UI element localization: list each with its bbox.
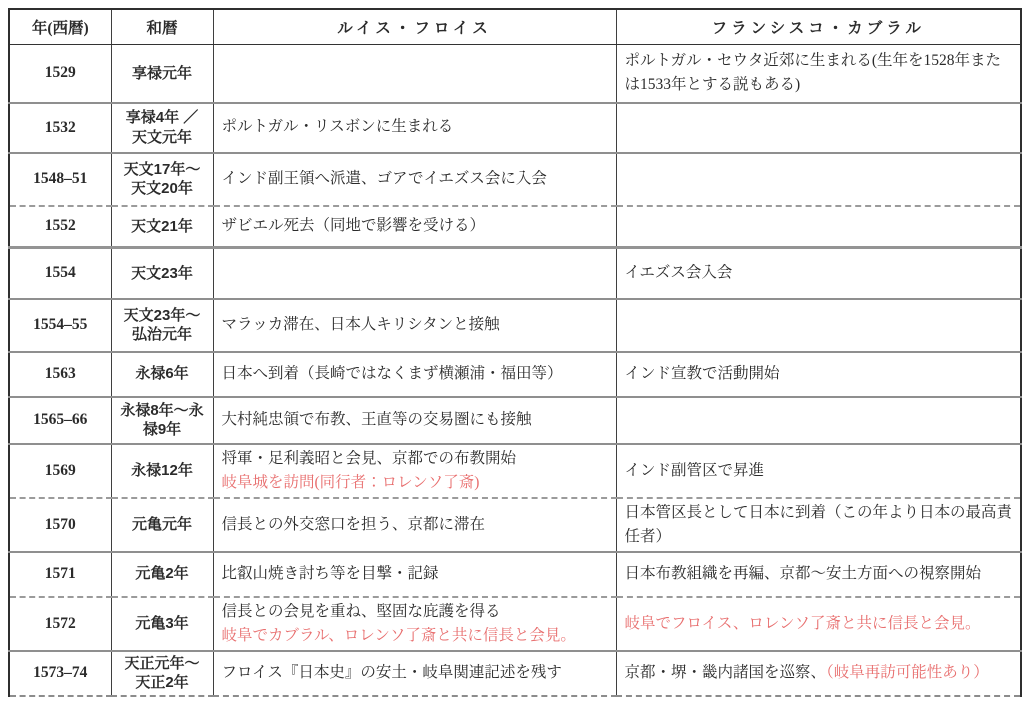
event-line: 日本布教組織を再編、京都～安土方面への視察開始	[625, 562, 1013, 586]
frois-cell	[213, 248, 616, 299]
year-cell: 1529	[9, 45, 111, 103]
wareki-text: 永禄6年	[135, 365, 188, 382]
event-line: マラッカ滞在、日本人キリシタンと接触	[222, 313, 608, 337]
cabral-cell: 岐阜でフロイス、ロレンソ了斎と共に信長と会見。	[616, 597, 1021, 651]
event-text: 信長との外交窓口を担う、京都に滞在	[222, 516, 486, 533]
event-text: マラッカ滞在、日本人キリシタンと接触	[222, 316, 500, 333]
wareki-text: 禄9年	[143, 421, 181, 438]
wareki-cell: 天文23年	[111, 248, 213, 299]
event-text: 京都・堺・畿内諸国を巡察、	[625, 664, 827, 681]
wareki-text: 天正元年～	[124, 655, 199, 672]
wareki-text: 享禄元年	[132, 65, 192, 82]
cabral-cell: ポルトガル・セウタ近郊に生まれる(生年を1528年または1533年とする説もある…	[616, 45, 1021, 103]
event-text: 日本布教組織を再編、京都～安土方面への視察開始	[625, 565, 982, 582]
header-year: 年(西暦)	[9, 9, 111, 45]
year-cell: 1565–66	[9, 397, 111, 444]
cabral-cell: 日本管区長として日本に到着（この年より日本の最高責任者）	[616, 498, 1021, 552]
wareki-cell: 元亀3年	[111, 597, 213, 651]
frois-cell: ザビエル死去（同地で影響を受ける）	[213, 206, 616, 248]
event-line: フロイス『日本史』の安土・岐阜関連記述を残す	[222, 661, 608, 685]
table-row: 1571元亀2年比叡山焼き討ち等を目撃・記録日本布教組織を再編、京都～安土方面へ…	[9, 552, 1021, 597]
event-text-red: 岐阜でカブラル、ロレンソ了斎と共に信長と会見。	[222, 627, 576, 644]
year-cell: 1563	[9, 352, 111, 397]
event-text: ポルトガル・セウタ近郊に生まれる(生年を1528年または1533年とする説もある…	[625, 52, 1002, 93]
cabral-cell	[616, 397, 1021, 444]
event-line: 日本へ到着（長崎ではなくまず横瀬浦・福田等）	[222, 362, 608, 386]
wareki-cell: 享禄元年	[111, 45, 213, 103]
wareki-text: 永禄8年～永	[120, 402, 203, 419]
wareki-cell: 永禄12年	[111, 444, 213, 498]
year-cell: 1570	[9, 498, 111, 552]
year-cell: 1572	[9, 597, 111, 651]
event-line: 京都・堺・畿内諸国を巡察、（岐阜再訪可能性あり）	[625, 661, 1013, 685]
cabral-cell: インド副管区で昇進	[616, 444, 1021, 498]
wareki-text: 弘治元年	[132, 326, 192, 343]
event-text: イエズス会入会	[625, 264, 733, 281]
event-line: 岐阜城を訪問(同行者：ロレンソ了斎)	[222, 471, 608, 495]
event-line: ポルトガル・リスボンに生まれる	[222, 115, 608, 139]
event-line: 信長との外交窓口を担う、京都に滞在	[222, 513, 608, 537]
frois-cell: 大村純忠領で布教、王直等の交易圏にも接触	[213, 397, 616, 444]
year-cell: 1554–55	[9, 299, 111, 352]
frois-cell	[213, 45, 616, 103]
wareki-cell: 永禄8年～永禄9年	[111, 397, 213, 444]
event-text: 日本管区長として日本に到着（この年より日本の最高責任者）	[625, 504, 1013, 545]
frois-cell: 比叡山焼き討ち等を目撃・記録	[213, 552, 616, 597]
wareki-text: 天文21年	[131, 218, 193, 235]
event-line: ポルトガル・セウタ近郊に生まれる(生年を1528年または1533年とする説もある…	[625, 49, 1013, 97]
wareki-text: 天文20年	[131, 180, 193, 197]
table-row: 1532享禄4年 ／天文元年ポルトガル・リスボンに生まれる	[9, 103, 1021, 153]
frois-cell: ポルトガル・リスボンに生まれる	[213, 103, 616, 153]
event-text: ポルトガル・リスボンに生まれる	[222, 118, 454, 135]
wareki-text: 享禄4年 ／	[126, 109, 199, 126]
event-line: インド副王領へ派遣、ゴアでイエズス会に入会	[222, 167, 608, 191]
wareki-cell: 享禄4年 ／天文元年	[111, 103, 213, 153]
cabral-cell	[616, 299, 1021, 352]
event-text: 将軍・足利義昭と会見、京都での布教開始	[222, 450, 517, 467]
event-line: ザビエル死去（同地で影響を受ける）	[222, 214, 608, 238]
header-cabral: フランシスコ・カブラル	[616, 9, 1021, 45]
frois-cell: フロイス『日本史』の安土・岐阜関連記述を残す	[213, 651, 616, 696]
event-line: 岐阜でカブラル、ロレンソ了斎と共に信長と会見。	[222, 624, 608, 648]
event-text: 日本へ到着（長崎ではなくまず横瀬浦・福田等）	[222, 365, 563, 382]
wareki-cell: 元亀元年	[111, 498, 213, 552]
timeline-table-container: 年(西暦) 和暦 ルイス・フロイス フランシスコ・カブラル 1529享禄元年ポル…	[8, 8, 1022, 697]
cabral-cell: インド宣教で活動開始	[616, 352, 1021, 397]
table-row: 1572元亀3年信長との会見を重ね、堅固な庇護を得る岐阜でカブラル、ロレンソ了斎…	[9, 597, 1021, 651]
cabral-cell: イエズス会入会	[616, 248, 1021, 299]
cabral-cell: 日本布教組織を再編、京都～安土方面への視察開始	[616, 552, 1021, 597]
table-row: 1552天文21年ザビエル死去（同地で影響を受ける）	[9, 206, 1021, 248]
table-row: 1554–55天文23年～弘治元年マラッカ滞在、日本人キリシタンと接触	[9, 299, 1021, 352]
header-row: 年(西暦) 和暦 ルイス・フロイス フランシスコ・カブラル	[9, 9, 1021, 45]
table-row: 1554天文23年イエズス会入会	[9, 248, 1021, 299]
table-row: 1548–51天文17年～天文20年インド副王領へ派遣、ゴアでイエズス会に入会	[9, 153, 1021, 206]
timeline-table: 年(西暦) 和暦 ルイス・フロイス フランシスコ・カブラル 1529享禄元年ポル…	[8, 8, 1022, 697]
frois-cell: インド副王領へ派遣、ゴアでイエズス会に入会	[213, 153, 616, 206]
event-text: 大村純忠領で布教、王直等の交易圏にも接触	[222, 411, 532, 428]
wareki-text: 天文元年	[132, 129, 192, 146]
event-text-red: 岐阜城を訪問(同行者：ロレンソ了斎)	[222, 474, 480, 491]
wareki-text: 天正2年	[135, 674, 188, 691]
frois-cell: 将軍・足利義昭と会見、京都での布教開始岐阜城を訪問(同行者：ロレンソ了斎)	[213, 444, 616, 498]
year-cell: 1532	[9, 103, 111, 153]
table-row: 1570元亀元年信長との外交窓口を担う、京都に滞在日本管区長として日本に到着（こ…	[9, 498, 1021, 552]
year-cell: 1552	[9, 206, 111, 248]
timeline-table-body: 1529享禄元年ポルトガル・セウタ近郊に生まれる(生年を1528年または1533…	[9, 45, 1021, 696]
wareki-cell: 天文23年～弘治元年	[111, 299, 213, 352]
event-line: 信長との会見を重ね、堅固な庇護を得る	[222, 600, 608, 624]
wareki-cell: 天正元年～天正2年	[111, 651, 213, 696]
cabral-cell	[616, 206, 1021, 248]
wareki-cell: 永禄6年	[111, 352, 213, 397]
table-row: 1565–66永禄8年～永禄9年大村純忠領で布教、王直等の交易圏にも接触	[9, 397, 1021, 444]
table-row: 1529享禄元年ポルトガル・セウタ近郊に生まれる(生年を1528年または1533…	[9, 45, 1021, 103]
cabral-cell	[616, 153, 1021, 206]
event-text: 信長との会見を重ね、堅固な庇護を得る	[222, 603, 501, 620]
wareki-cell: 天文21年	[111, 206, 213, 248]
table-row: 1563永禄6年日本へ到着（長崎ではなくまず横瀬浦・福田等）インド宣教で活動開始	[9, 352, 1021, 397]
event-line: 大村純忠領で布教、王直等の交易圏にも接触	[222, 408, 608, 432]
year-cell: 1569	[9, 444, 111, 498]
wareki-cell: 元亀2年	[111, 552, 213, 597]
event-line: インド宣教で活動開始	[625, 362, 1013, 386]
header-frois: ルイス・フロイス	[213, 9, 616, 45]
wareki-text: 天文23年	[131, 265, 193, 282]
event-line: 将軍・足利義昭と会見、京都での布教開始	[222, 447, 608, 471]
year-cell: 1548–51	[9, 153, 111, 206]
event-line: 日本管区長として日本に到着（この年より日本の最高責任者）	[625, 501, 1013, 549]
wareki-text: 永禄12年	[131, 462, 193, 479]
event-text: フロイス『日本史』の安土・岐阜関連記述を残す	[222, 664, 562, 681]
event-line: 岐阜でフロイス、ロレンソ了斎と共に信長と会見。	[625, 612, 1013, 636]
year-cell: 1554	[9, 248, 111, 299]
wareki-text: 天文23年～	[124, 307, 201, 324]
table-row: 1573–74天正元年～天正2年フロイス『日本史』の安土・岐阜関連記述を残す京都…	[9, 651, 1021, 696]
event-text-red: 岐阜でフロイス、ロレンソ了斎と共に信長と会見。	[625, 615, 981, 632]
event-line: イエズス会入会	[625, 261, 1013, 285]
event-text: インド副王領へ派遣、ゴアでイエズス会に入会	[222, 170, 547, 187]
wareki-text: 元亀元年	[132, 516, 192, 533]
cabral-cell: 京都・堺・畿内諸国を巡察、（岐阜再訪可能性あり）	[616, 651, 1021, 696]
event-text: 比叡山焼き討ち等を目撃・記録	[222, 565, 439, 582]
event-text: インド副管区で昇進	[625, 462, 765, 479]
wareki-cell: 天文17年～天文20年	[111, 153, 213, 206]
frois-cell: 信長との会見を重ね、堅固な庇護を得る岐阜でカブラル、ロレンソ了斎と共に信長と会見…	[213, 597, 616, 651]
year-cell: 1571	[9, 552, 111, 597]
event-line: インド副管区で昇進	[625, 459, 1013, 483]
wareki-text: 天文17年～	[124, 161, 201, 178]
frois-cell: マラッカ滞在、日本人キリシタンと接触	[213, 299, 616, 352]
event-text: ザビエル死去（同地で影響を受ける）	[222, 217, 486, 234]
cabral-cell	[616, 103, 1021, 153]
event-line: 比叡山焼き討ち等を目撃・記録	[222, 562, 608, 586]
frois-cell: 日本へ到着（長崎ではなくまず横瀬浦・福田等）	[213, 352, 616, 397]
wareki-text: 元亀2年	[135, 565, 188, 582]
table-row: 1569永禄12年将軍・足利義昭と会見、京都での布教開始岐阜城を訪問(同行者：ロ…	[9, 444, 1021, 498]
event-text: インド宣教で活動開始	[625, 365, 780, 382]
event-text-red: （岐阜再訪可能性あり）	[826, 664, 989, 681]
year-cell: 1573–74	[9, 651, 111, 696]
wareki-text: 元亀3年	[135, 615, 188, 632]
header-wareki: 和暦	[111, 9, 213, 45]
frois-cell: 信長との外交窓口を担う、京都に滞在	[213, 498, 616, 552]
